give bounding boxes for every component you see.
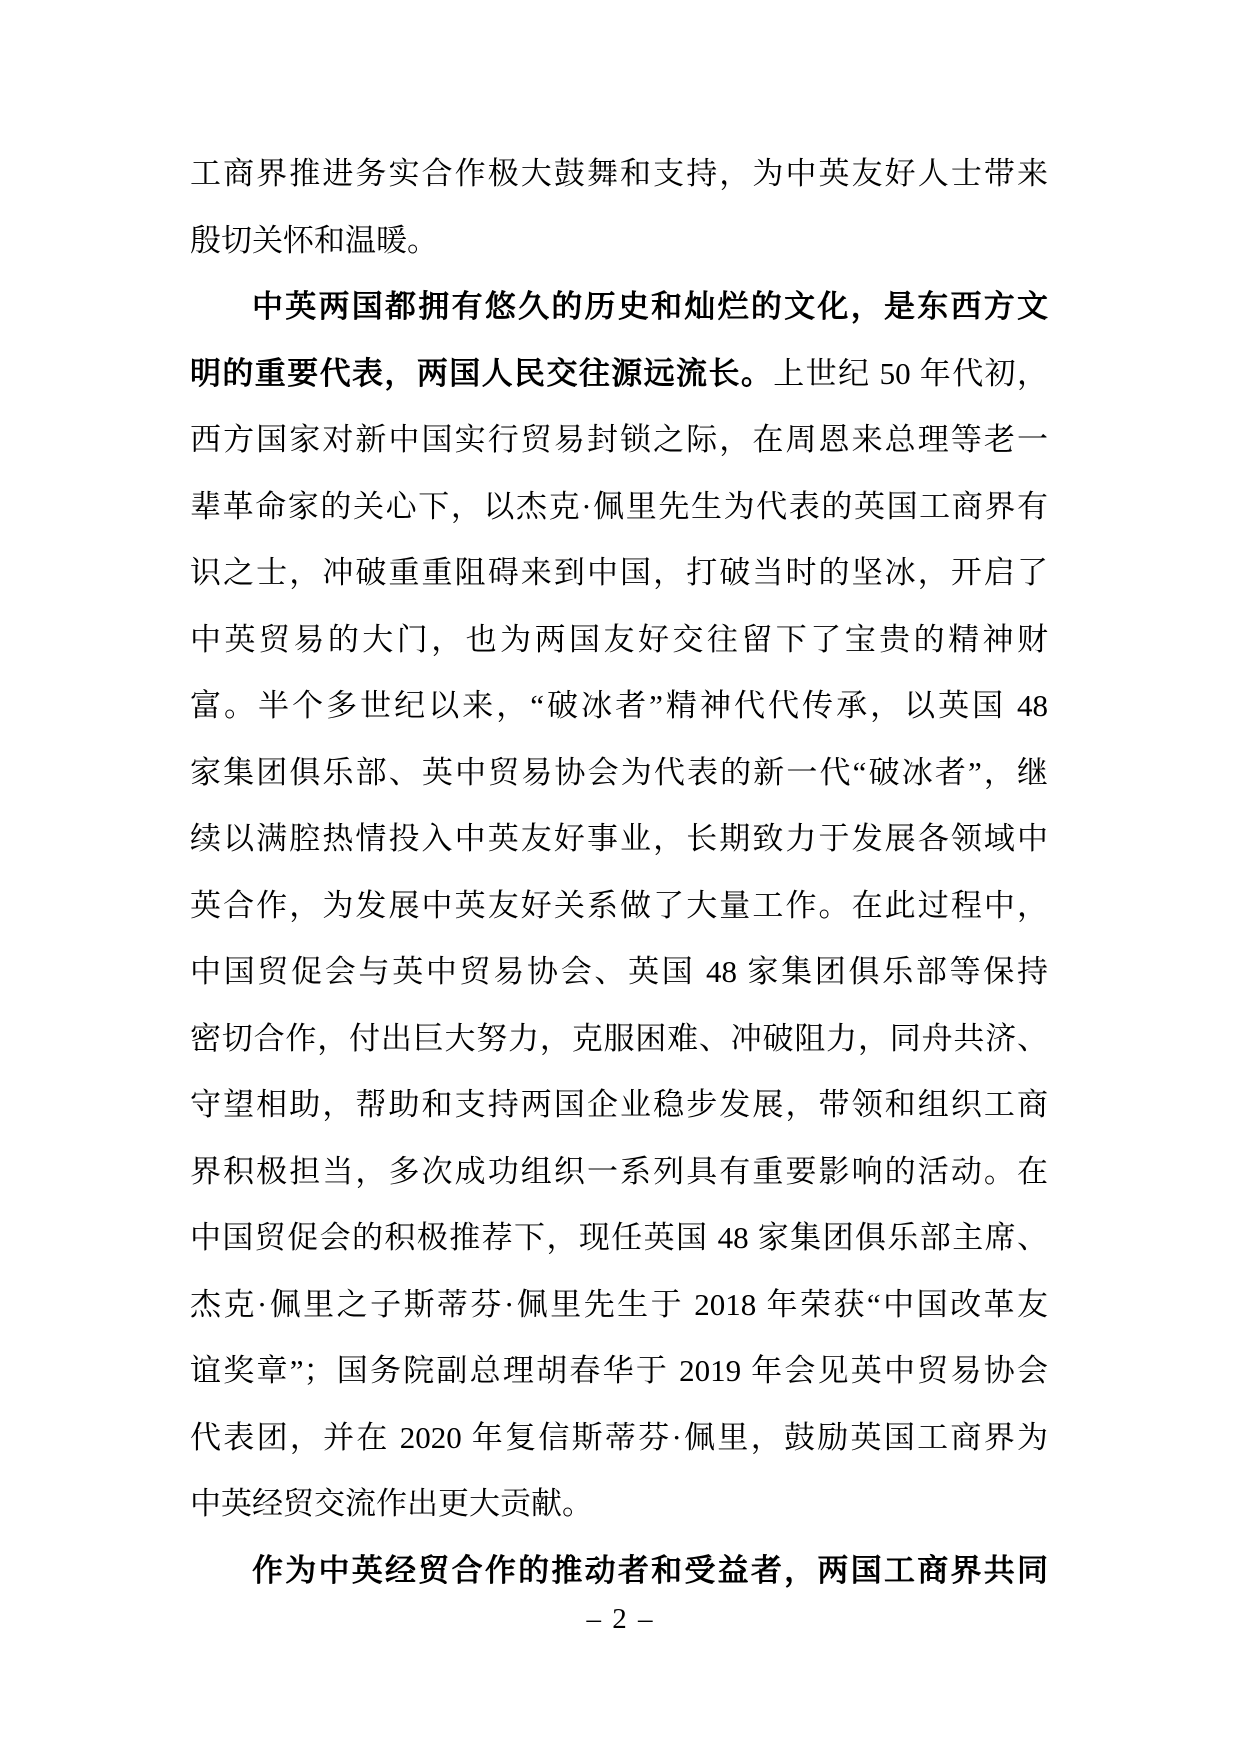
- text-line: 中英两国都拥有悠久的历史和灿烂的文化，是东西方文: [190, 274, 1048, 341]
- bold-text-run: 明的重要代表，两国人民交往源远流长。: [190, 356, 773, 391]
- text-run: 富。半个多世纪以来，“破冰者”精神代代传承，以英国 48: [190, 688, 1048, 723]
- text-line: 明的重要代表，两国人民交往源远流长。上世纪 50 年代初，: [190, 341, 1048, 408]
- document-body: 工商界推进务实合作极大鼓舞和支持，为中英友好人士带来殷切关怀和温暖。中英两国都拥…: [190, 141, 1048, 1604]
- text-run: 家集团俱乐部、英中贸易协会为代表的新一代“破冰者”，继: [190, 755, 1048, 790]
- text-line: 识之士，冲破重重阻碍来到中国，打破当时的坚冰，开启了: [190, 540, 1048, 607]
- text-run: 西方国家对新中国实行贸易封锁之际，在周恩来总理等老一: [190, 422, 1048, 457]
- text-run: 辈革命家的关心下，以杰克·佩里先生为代表的英国工商界有: [190, 489, 1048, 524]
- text-line: 谊奖章”；国务院副总理胡春华于 2019 年会见英中贸易协会: [190, 1338, 1048, 1405]
- text-line: 殷切关怀和温暖。: [190, 208, 1048, 275]
- text-line: 守望相助，帮助和支持两国企业稳步发展，带领和组织工商: [190, 1072, 1048, 1139]
- text-run: 中英贸易的大门，也为两国友好交往留下了宝贵的精神财: [190, 622, 1048, 657]
- text-line: 工商界推进务实合作极大鼓舞和支持，为中英友好人士带来: [190, 141, 1048, 208]
- bold-text-run: 中英两国都拥有悠久的历史和灿烂的文化，是东西方文: [252, 289, 1048, 324]
- text-run: 密切合作，付出巨大努力，克服困难、冲破阻力，同舟共济、: [190, 1021, 1048, 1056]
- bold-text-run: 作为中英经贸合作的推动者和受益者，两国工商界共同: [252, 1553, 1048, 1588]
- text-run: 谊奖章”；国务院副总理胡春华于 2019 年会见英中贸易协会: [190, 1353, 1048, 1388]
- page-number: – 2 –: [0, 1602, 1241, 1636]
- text-run: 守望相助，帮助和支持两国企业稳步发展，带领和组织工商: [190, 1087, 1048, 1122]
- text-run: 英合作，为发展中英友好关系做了大量工作。在此过程中，: [190, 888, 1048, 923]
- text-line: 界积极担当，多次成功组织一系列具有重要影响的活动。在: [190, 1139, 1048, 1206]
- text-run: 工商界推进务实合作极大鼓舞和支持，为中英友好人士带来: [190, 156, 1048, 191]
- text-run: 殷切关怀和温暖。: [190, 223, 438, 258]
- text-run: 上世纪 50 年代初，: [773, 356, 1048, 391]
- text-line: 富。半个多世纪以来，“破冰者”精神代代传承，以英国 48: [190, 673, 1048, 740]
- text-run: 中英经贸交流作出更大贡献。: [190, 1486, 593, 1521]
- text-line: 续以满腔热情投入中英友好事业，长期致力于发展各领域中: [190, 806, 1048, 873]
- text-line: 中国贸促会的积极推荐下，现任英国 48 家集团俱乐部主席、: [190, 1205, 1048, 1272]
- text-line: 家集团俱乐部、英中贸易协会为代表的新一代“破冰者”，继: [190, 740, 1048, 807]
- text-run: 中国贸促会与英中贸易协会、英国 48 家集团俱乐部等保持: [190, 954, 1048, 989]
- text-run: 识之士，冲破重重阻碍来到中国，打破当时的坚冰，开启了: [190, 555, 1048, 590]
- text-line: 英合作，为发展中英友好关系做了大量工作。在此过程中，: [190, 873, 1048, 940]
- text-line: 代表团，并在 2020 年复信斯蒂芬·佩里，鼓励英国工商界为: [190, 1405, 1048, 1472]
- text-line: 中英经贸交流作出更大贡献。: [190, 1471, 1048, 1538]
- text-line: 中英贸易的大门，也为两国友好交往留下了宝贵的精神财: [190, 607, 1048, 674]
- text-run: 代表团，并在 2020 年复信斯蒂芬·佩里，鼓励英国工商界为: [190, 1420, 1048, 1455]
- text-run: 中国贸促会的积极推荐下，现任英国 48 家集团俱乐部主席、: [190, 1220, 1048, 1255]
- text-run: 杰克·佩里之子斯蒂芬·佩里先生于 2018 年荣获“中国改革友: [190, 1287, 1048, 1322]
- text-line: 西方国家对新中国实行贸易封锁之际，在周恩来总理等老一: [190, 407, 1048, 474]
- text-run: 续以满腔热情投入中英友好事业，长期致力于发展各领域中: [190, 821, 1048, 856]
- text-line: 密切合作，付出巨大努力，克服困难、冲破阻力，同舟共济、: [190, 1006, 1048, 1073]
- text-line: 中国贸促会与英中贸易协会、英国 48 家集团俱乐部等保持: [190, 939, 1048, 1006]
- text-line: 辈革命家的关心下，以杰克·佩里先生为代表的英国工商界有: [190, 474, 1048, 541]
- text-run: 界积极担当，多次成功组织一系列具有重要影响的活动。在: [190, 1154, 1048, 1189]
- text-line: 杰克·佩里之子斯蒂芬·佩里先生于 2018 年荣获“中国改革友: [190, 1272, 1048, 1339]
- document-page: 工商界推进务实合作极大鼓舞和支持，为中英友好人士带来殷切关怀和温暖。中英两国都拥…: [0, 0, 1241, 1754]
- text-line: 作为中英经贸合作的推动者和受益者，两国工商界共同: [190, 1538, 1048, 1605]
